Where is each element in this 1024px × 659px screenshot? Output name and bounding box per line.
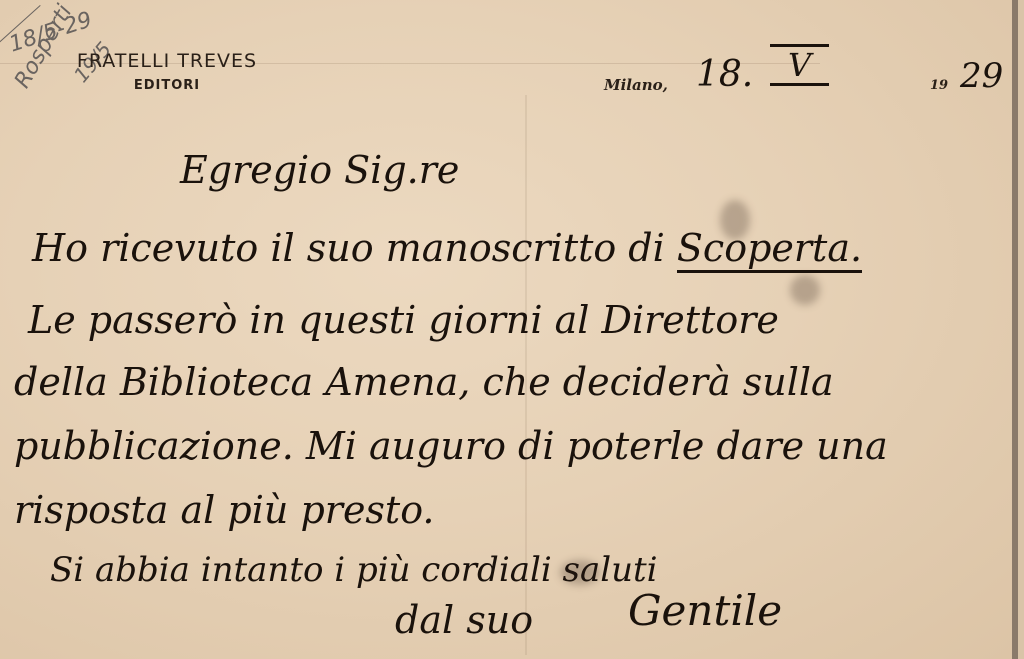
ink-smudge — [720, 200, 750, 240]
printed-year-prefix: 19 — [930, 78, 948, 93]
ink-smudge — [790, 275, 820, 305]
date-year: 29 — [960, 56, 1003, 96]
postcard: 18/5-29 Rosperti 19/5 FRATELLI TREVES ED… — [0, 0, 1018, 659]
card-edge — [1012, 0, 1018, 659]
salutation: Egregio Sig.re — [180, 148, 459, 192]
publisher-subtitle: EDITORI — [52, 78, 282, 93]
manuscript-title: Scoperta. — [677, 226, 862, 273]
letterhead: FRATELLI TREVES EDITORI — [52, 50, 282, 93]
signature: Gentile — [628, 586, 782, 635]
letter-line-2: Le passerò in questi giorni al Direttore — [28, 298, 779, 342]
letter-line-1-text: Ho ricevuto il suo manoscritto di — [32, 226, 665, 270]
letter-line-3: della Biblioteca Amena, che deciderà sul… — [14, 360, 834, 404]
date-month: V — [770, 44, 829, 86]
date-day: 18. — [696, 54, 753, 95]
ink-smudge — [560, 560, 600, 585]
closing: dal suo — [395, 598, 533, 642]
letter-line-5: risposta al più presto. — [14, 488, 435, 532]
dateline-place: Milano, — [604, 76, 668, 94]
letter-line-4: pubblicazione. Mi auguro di poterle dare… — [14, 424, 888, 468]
publisher-name: FRATELLI TREVES — [52, 50, 282, 72]
